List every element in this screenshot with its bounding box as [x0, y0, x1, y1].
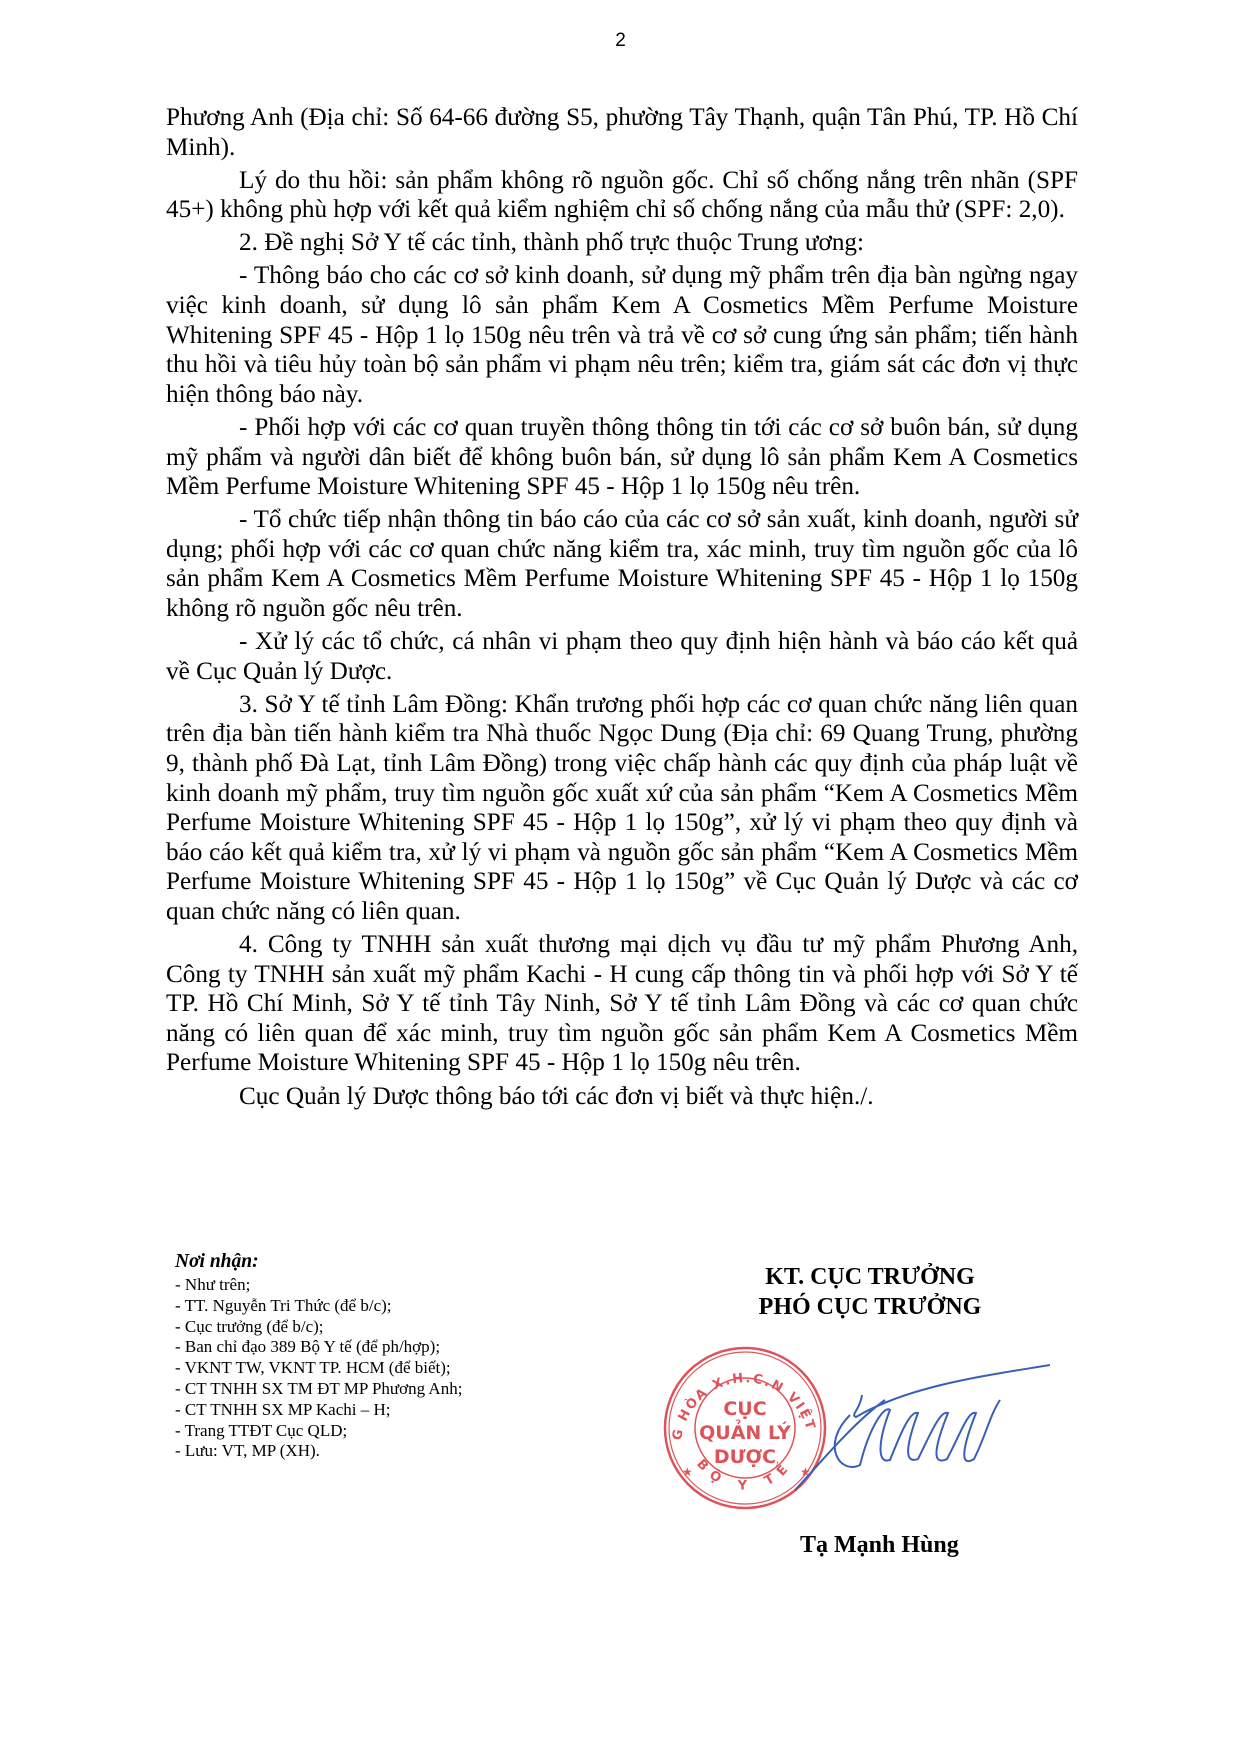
paragraph-bullet: - Thông báo cho các cơ sở kinh doanh, sử…: [166, 261, 1078, 409]
recipients-heading: Nơi nhận:: [175, 1250, 625, 1273]
svg-text:QUẢN LÝ: QUẢN LÝ: [699, 1419, 791, 1444]
paragraph-bullet: - Xử lý các tổ chức, cá nhân vi phạm the…: [166, 627, 1078, 686]
paragraph-section-3: 3. Sở Y tế tỉnh Lâm Đồng: Khẩn trương ph…: [166, 690, 1078, 927]
recipient-item: - CT TNHH SX MP Kachi – H;: [175, 1400, 625, 1421]
recipient-item: - Như trên;: [175, 1275, 625, 1296]
handwritten-signature-icon: [790, 1355, 1050, 1495]
recipient-item: - TT. Nguyễn Tri Thức (để b/c);: [175, 1296, 625, 1317]
signer-name: Tạ Mạnh Hùng: [800, 1532, 959, 1559]
recipient-item: - Cục trưởng (để b/c);: [175, 1317, 625, 1338]
paragraph-section-2: 2. Đề nghị Sở Y tế các tỉnh, thành phố t…: [166, 228, 1078, 258]
svg-text:CỤC: CỤC: [723, 1398, 766, 1420]
paragraph-recall-reason: Lý do thu hồi: sản phẩm không rõ nguồn g…: [166, 166, 1078, 225]
paragraph: Phương Anh (Địa chỉ: Số 64-66 đường S5, …: [166, 103, 1078, 162]
recipient-item: - Lưu: VT, MP (XH).: [175, 1441, 625, 1462]
paragraph-bullet: - Phối hợp với các cơ quan truyền thông …: [166, 413, 1078, 502]
paragraph-section-4: 4. Công ty TNHH sản xuất thương mại dịch…: [166, 930, 1078, 1078]
signature-block: KT. CỤC TRƯỞNG PHÓ CỤC TRƯỞNG Tạ Mạnh Hù…: [700, 1262, 1100, 1322]
signer-title-line-2: PHÓ CỤC TRƯỞNG: [700, 1292, 1040, 1322]
recipient-item: - VKNT TW, VKNT TP. HCM (để biết);: [175, 1358, 625, 1379]
page-number: 2: [0, 30, 1241, 52]
signer-title-line-1: KT. CỤC TRƯỞNG: [700, 1262, 1040, 1292]
svg-text:DƯỢC: DƯỢC: [714, 1446, 776, 1468]
recipient-item: - Trang TTĐT Cục QLD;: [175, 1421, 625, 1442]
recipients-block: Nơi nhận: - Như trên; - TT. Nguyễn Tri T…: [175, 1250, 625, 1462]
recipients-list: - Như trên; - TT. Nguyễn Tri Thức (để b/…: [175, 1275, 625, 1462]
paragraph-closing: Cục Quản lý Dược thông báo tới các đơn v…: [166, 1082, 1078, 1112]
recipient-item: - CT TNHH SX TM ĐT MP Phương Anh;: [175, 1379, 625, 1400]
recipient-item: - Ban chỉ đạo 389 Bộ Y tế (để ph/hợp);: [175, 1337, 625, 1358]
svg-text:★: ★: [682, 1465, 693, 1479]
paragraph-bullet: - Tổ chức tiếp nhận thông tin báo cáo củ…: [166, 505, 1078, 623]
document-body: Phương Anh (Địa chỉ: Số 64-66 đường S5, …: [166, 103, 1078, 1115]
